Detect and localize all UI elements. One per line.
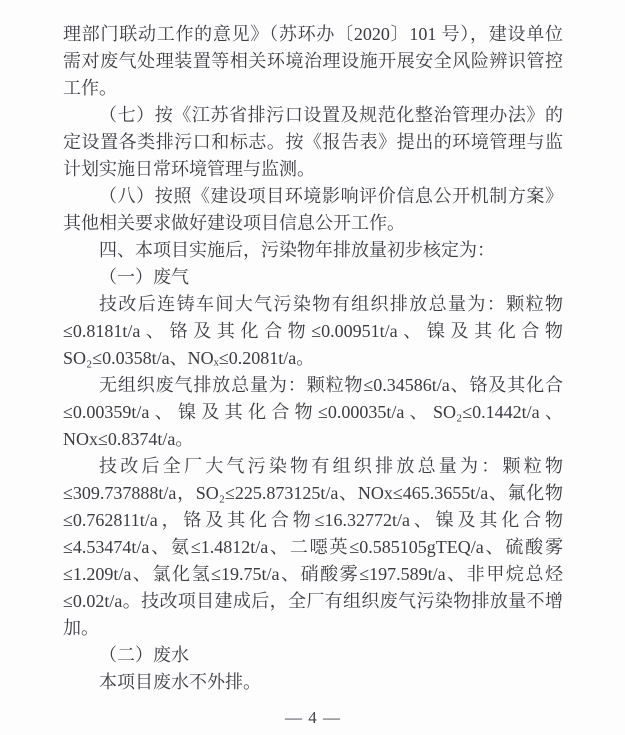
text-line: 无组织废气排放总量为：颗粒物≤0.34586t/a、铬及其化合物	[63, 372, 563, 399]
text-line: 计划实施日常环境管理与监测。	[63, 156, 563, 183]
text-line: ≤0.762811t/a，铬及其化合物≤16.32772t/a、镍及其化合物	[63, 507, 563, 534]
page-number: — 4 —	[63, 707, 563, 729]
text-line: ≤0.8181t/a、铬及其化合物≤0.00951t/a、镍及其化合物≤0.00…	[63, 318, 563, 345]
text-line: ≤4.53474t/a、氨≤1.4812t/a、二噁英≤0.585105gTEQ…	[63, 534, 563, 561]
text-line: ≤309.737888t/a，SO₂≤225.873125t/a、NOx≤465…	[63, 480, 563, 507]
text-line: （七）按《江苏省排污口设置及规范化整治管理办法》的规	[63, 102, 563, 129]
text-line: （八）按照《建设项目环境影响评价信息公开机制方案》及	[63, 183, 563, 210]
text-line: ≤0.00359t/a、镍及其化合物≤0.00035t/a、SO₂≤0.1442…	[63, 399, 563, 426]
text-line: 本项目废水不外排。	[63, 669, 563, 696]
text-line: ≤0.02t/a。技改项目建成后，全厂有组织废气污染物排放量不增	[63, 588, 563, 615]
text-line: ≤1.209t/a、氯化氢≤19.75t/a、硝酸雾≤197.589t/a、非甲…	[63, 561, 563, 588]
text-line: 工作。	[63, 75, 563, 102]
text-line: NOx≤0.8374t/a。	[63, 426, 563, 453]
text-line: 理部门联动工作的意见》（苏环办〔2020〕101 号），建设单位	[63, 21, 563, 48]
text-line: 四、本项目实施后，污染物年排放量初步核定为：	[63, 237, 563, 264]
document-body: 理部门联动工作的意见》（苏环办〔2020〕101 号），建设单位 需对废气处理装…	[63, 21, 563, 696]
text-line: 技改后连铸车间大气污染物有组织排放总量为：颗粒物	[63, 291, 563, 318]
text-line: （一）废气	[63, 264, 563, 291]
text-line: 其他相关要求做好建设项目信息公开工作。	[63, 210, 563, 237]
text-line: 技改后全厂大气污染物有组织排放总量为：颗粒物	[63, 453, 563, 480]
text-line: （二）废水	[63, 642, 563, 669]
document-page: 理部门联动工作的意见》（苏环办〔2020〕101 号），建设单位 需对废气处理装…	[0, 0, 625, 735]
text-line: SO₂≤0.0358t/a、NOₓ≤0.2081t/a。	[63, 345, 563, 372]
text-line: 加。	[63, 615, 563, 642]
text-line: 需对废气处理装置等相关环境治理设施开展安全风险辨识管控	[63, 48, 563, 75]
text-line: 定设置各类排污口和标志。按《报告表》提出的环境管理与监测	[63, 129, 563, 156]
